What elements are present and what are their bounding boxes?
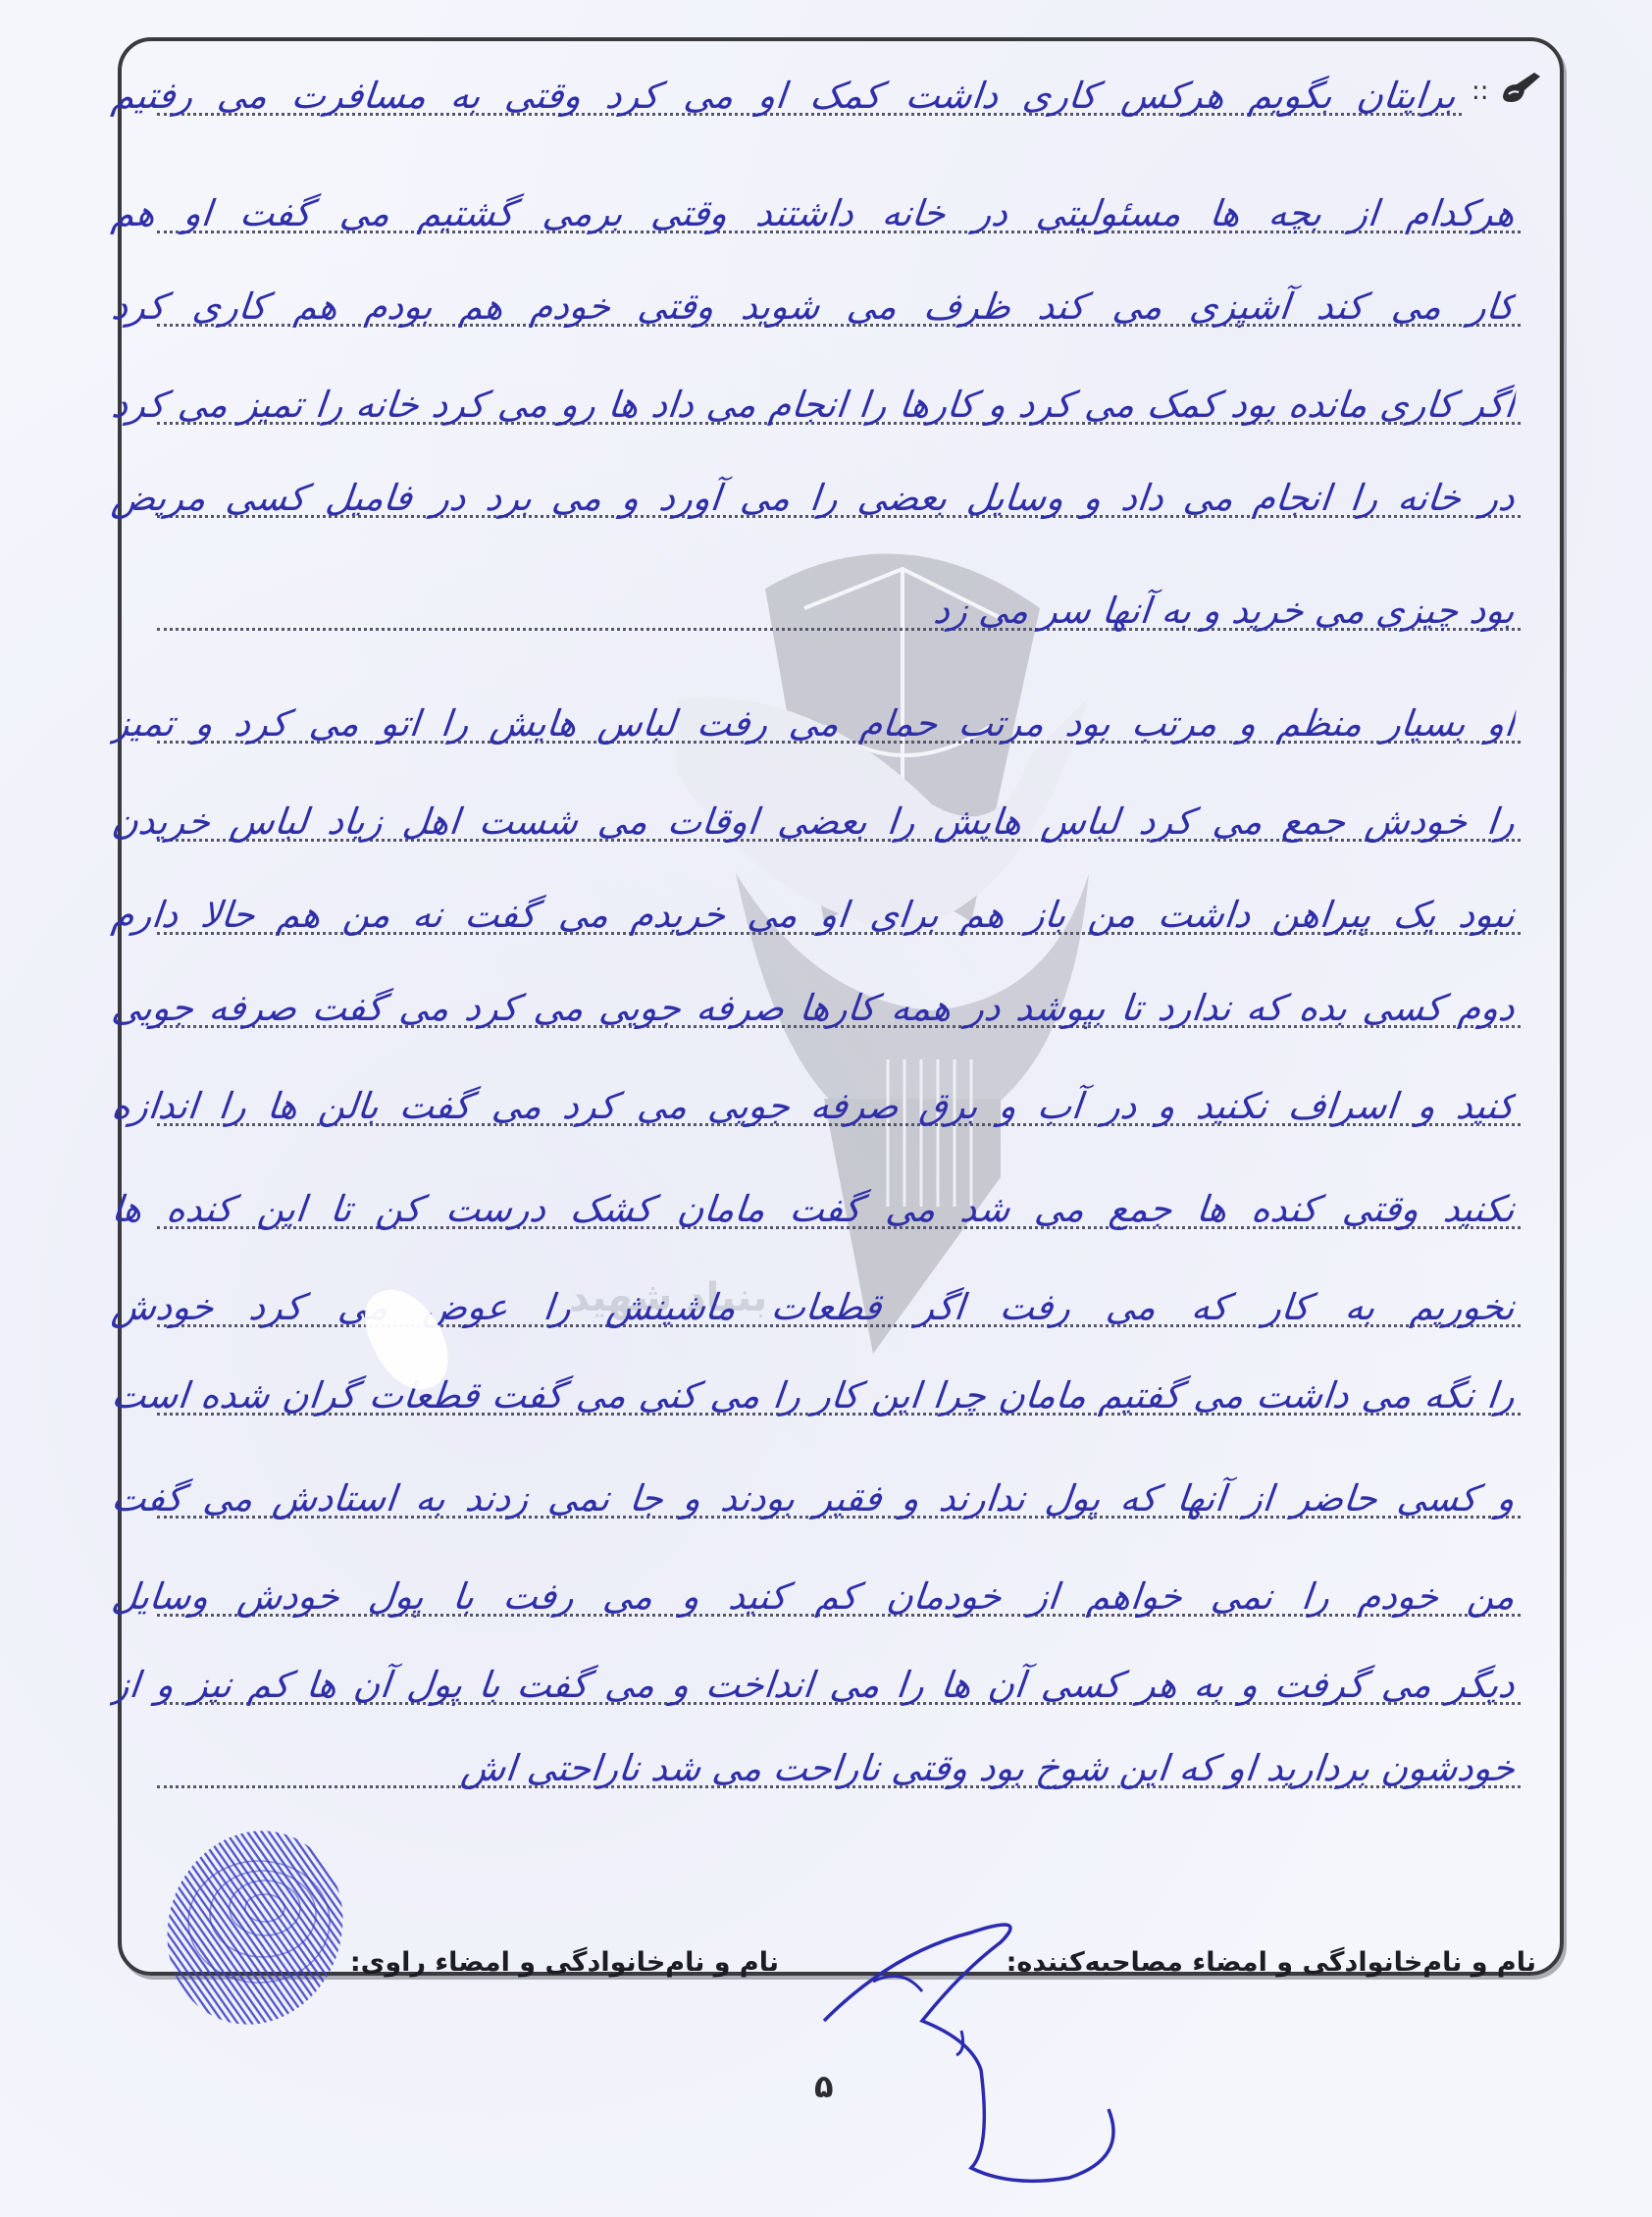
- handwritten-line: برایتان بگویم هرکس کاری داشت کمک او می ک…: [108, 62, 1459, 130]
- handwritten-line: کار می کند آشپزی می کند ظرف می شوید وقتی…: [108, 273, 1518, 341]
- handwritten-line: و کسی حاضر از آنها که پول ندارند و فقیر …: [108, 1465, 1518, 1533]
- handwritten-line: او بسیار منظم و مرتب بود مرتب حمام می رف…: [108, 690, 1518, 758]
- handwritten-line: را خودش جمع می کرد لباس هایش را بعضی اوق…: [108, 788, 1518, 856]
- page-number: ۵: [814, 2068, 834, 2105]
- handwritten-line: خودشون بردارید او که این شوخ بود وقتی نا…: [108, 1734, 1518, 1803]
- handwritten-line: بود چیزی می خرید و به آنها سر می زد: [108, 577, 1518, 645]
- handwritten-line: نکنید وقتی کنده ها جمع می شد می گفت ماما…: [108, 1175, 1518, 1244]
- handwritten-line: را نگه می داشت می گفتیم مامان چرا این کا…: [108, 1362, 1518, 1430]
- signature-icon: [814, 1913, 1207, 2207]
- handwritten-line: در خانه را انجام می داد و وسایل بعضی را …: [108, 464, 1518, 533]
- handwritten-line: کنید و اسراف نکنید و در آب و برق صرفه جو…: [108, 1072, 1518, 1141]
- narrator-signature-label: نام و نام‌خانوادگی و امضاء راوی:: [350, 1947, 779, 1978]
- pen-writing-icon: [1499, 69, 1542, 108]
- handwritten-line: اگر کاری مانده بود کمک می کرد و کارها را…: [108, 371, 1518, 439]
- handwritten-line: دوم کسی بده که ندارد تا بپوشد در همه کار…: [108, 974, 1518, 1043]
- header-marker: ::: [1471, 77, 1489, 106]
- handwritten-line: نبود یک پیراهن داشت من باز هم برای او می…: [108, 881, 1518, 950]
- handwritten-line: هرکدام از بچه ها مسئولیتی در خانه داشتند…: [108, 180, 1518, 248]
- fingerprint-icon: [157, 1820, 353, 2026]
- handwritten-line: من خودم را نمی خواهم از خودمان کم کنید و…: [108, 1563, 1518, 1631]
- handwritten-line: نخوریم به کار که می رفت اگر قطعات ماشینش…: [108, 1273, 1518, 1342]
- handwritten-line: دیگر می گرفت و به هر کسی آن ها را می اند…: [108, 1651, 1518, 1720]
